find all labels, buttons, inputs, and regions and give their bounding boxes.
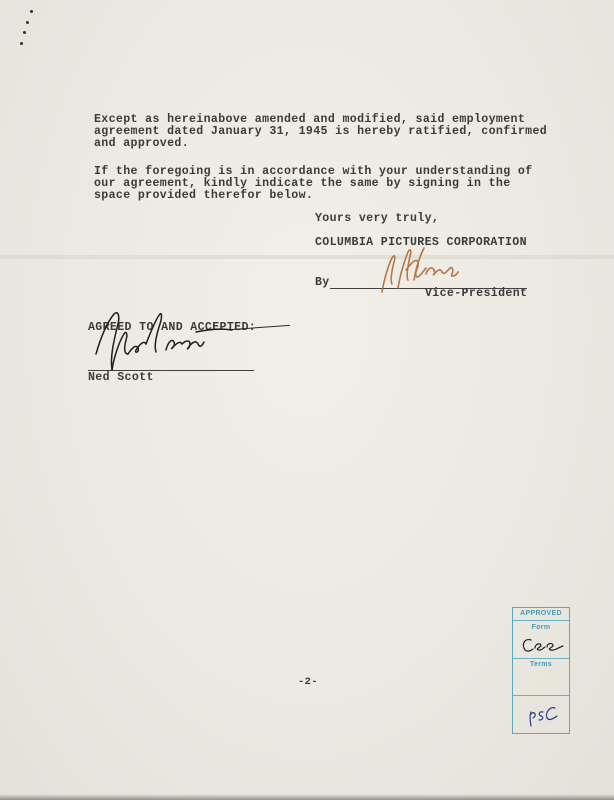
approval-stamp: APPROVED Form Terms	[512, 607, 570, 734]
bottom-initials-psc	[527, 702, 561, 728]
vice-president-signature	[370, 240, 470, 300]
paragraph-ratification: Except as hereinabove amended and modifi…	[94, 114, 547, 150]
staple-holes	[16, 8, 36, 48]
page-number: -2-	[298, 676, 318, 688]
stamp-header: APPROVED	[513, 610, 569, 617]
closing-salutation: Yours very truly,	[315, 213, 439, 225]
document-page: Except as hereinabove amended and modifi…	[0, 0, 614, 800]
ned-scott-signature	[90, 310, 240, 380]
paper-fold	[0, 255, 614, 259]
paragraph-line: and approved.	[94, 138, 547, 150]
paragraph-request-signature: If the foregoing is in accordance with y…	[94, 166, 532, 202]
by-label: By	[315, 277, 330, 289]
page-edge-shadow	[0, 794, 614, 800]
form-initials-cee	[521, 634, 565, 656]
stamp-form-label: Form	[513, 624, 569, 631]
stamp-terms-label: Terms	[513, 661, 569, 668]
paragraph-line: space provided therefor below.	[94, 190, 532, 202]
